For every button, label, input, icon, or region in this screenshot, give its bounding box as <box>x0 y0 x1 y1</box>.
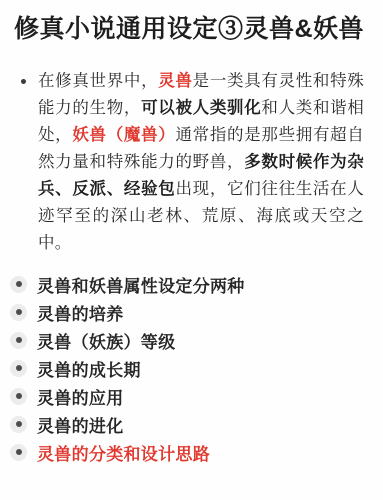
bullet-ring-icon <box>10 444 27 461</box>
paragraph-segment: 灵兽 <box>158 72 192 90</box>
bullet-ring-icon <box>10 360 27 377</box>
bullet-ring-icon <box>10 388 27 405</box>
bullet-dot-icon <box>21 79 26 84</box>
list-item-label: 灵兽的进化 <box>37 412 124 437</box>
intro-paragraph: 在修真世界中，灵兽是一类具有灵性和特殊能力的生物，可以被人类驯化和人类和谐相处，… <box>0 45 383 257</box>
list-item-label: 灵兽（妖族）等级 <box>37 328 175 353</box>
list-item-label: 灵兽的分类和设计思路 <box>37 440 210 465</box>
bullet-ring-icon <box>10 332 27 349</box>
bullet-dot-icon <box>16 309 22 315</box>
paragraph-segment: 可以被人类驯化 <box>141 99 261 117</box>
list-item: 灵兽和妖兽属性设定分两种 <box>10 270 369 298</box>
list-item: 灵兽的进化 <box>10 410 369 438</box>
bullet-dot-icon <box>16 421 22 427</box>
list-item-label: 灵兽的应用 <box>37 384 124 409</box>
list-item-label: 灵兽的成长期 <box>37 356 141 381</box>
list-item: 灵兽（妖族）等级 <box>10 326 369 354</box>
paragraph-segment: 在修真世界中， <box>38 72 158 90</box>
bullet-dot-icon <box>16 281 22 287</box>
list-item: 灵兽的成长期 <box>10 354 369 382</box>
bullet-ring-icon <box>10 304 27 321</box>
list-item-label: 灵兽和妖兽属性设定分两种 <box>37 272 245 297</box>
bullet-dot-icon <box>16 393 22 399</box>
page-title: 修真小说通用设定③灵兽&妖兽 <box>0 0 383 45</box>
list-item: 灵兽的应用 <box>10 382 369 410</box>
bullet-dot-icon <box>16 449 22 455</box>
note-page: 修真小说通用设定③灵兽&妖兽 在修真世界中，灵兽是一类具有灵性和特殊能力的生物，… <box>0 0 383 500</box>
bullet-ring-icon <box>10 276 27 293</box>
intro-paragraph-text: 在修真世界中，灵兽是一类具有灵性和特殊能力的生物，可以被人类驯化和人类和谐相处，… <box>38 68 364 257</box>
paragraph-segment: 妖兽（魔兽） <box>72 126 175 144</box>
bullet-dot-icon <box>16 337 22 343</box>
topic-list: 灵兽和妖兽属性设定分两种灵兽的培养灵兽（妖族）等级灵兽的成长期灵兽的应用灵兽的进… <box>0 257 383 466</box>
bullet-dot-icon <box>16 365 22 371</box>
list-item: 灵兽的分类和设计思路 <box>10 438 369 466</box>
bullet-ring-icon <box>10 416 27 433</box>
list-item: 灵兽的培养 <box>10 298 369 326</box>
list-item-label: 灵兽的培养 <box>37 300 124 325</box>
